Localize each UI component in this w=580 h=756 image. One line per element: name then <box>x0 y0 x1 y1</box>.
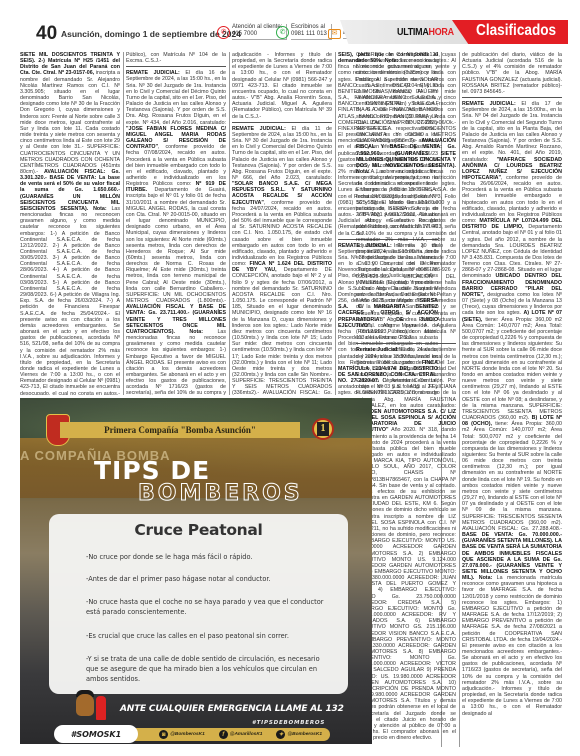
classified-text: Las mencionadas fincas no reconoce gravá… <box>356 169 456 341</box>
company-banner: Primera Compañía "Bomba Asunción" <box>60 422 300 438</box>
classified-heading: AVALUACIÓN FISCAL: Gs. 3.301.320.- BASE … <box>20 169 120 212</box>
contact-label: Atención al cliente: <box>232 24 282 31</box>
classified-text: , conforme proveído de fecha 24/07/2024,… <box>232 200 332 268</box>
classified-heading: REMATE JUDICIAL: <box>232 126 286 132</box>
tips-subtitle: BOMBEROS <box>138 481 303 506</box>
contact-value: 0981 111 013 <box>291 31 327 38</box>
twitter-icon: ✦ <box>276 730 285 739</box>
emergency-message: ANTE CUALQUIER EMERGENCIA LLAME AL 132 <box>120 704 344 714</box>
classified-heading: REMATE JUDICIAL: <box>462 101 516 107</box>
classified-text: Público), con Matrícula Nº 104 de la Exc… <box>126 52 226 64</box>
classified-text: La mencionada matrícula reconoce como gr… <box>462 575 562 716</box>
section-title: Clasificados <box>476 22 556 40</box>
facebook-icon: f <box>219 730 228 739</box>
classified-text: Las mencionadas fincas no reconocen grav… <box>20 206 120 395</box>
whatsapp-icon: ✆ <box>276 26 289 39</box>
bomberos-advertisement: A COMPAÑIA BOMBA Primera Compañía "Bomba… <box>20 398 372 744</box>
page-number: 40 <box>36 23 57 45</box>
classified-text: tiene: Área Propia: 360,00 m2 Área Común… <box>462 317 562 422</box>
hashtag: #TIPSDEBOMBEROS <box>252 720 325 726</box>
column-3: adjudicación - Informes y título de prop… <box>232 52 332 395</box>
contact-label: Escribinos al <box>291 24 327 31</box>
classified-text: , conforme proveído de fecha 26/06/2024,… <box>462 175 562 224</box>
contact-whatsapp: ✆ Escribinos al0981 111 013 <box>276 24 332 40</box>
classified-text: CACERES, con C.I. Nº 2.068.123, cuyas di… <box>356 52 456 144</box>
classified-text: El día 11 de Septiembre de 2024, a las 1… <box>232 126 332 181</box>
dateline: Asunción, domingo 1 de septiembre de 202… <box>61 29 241 39</box>
card-title: Cruce Peatonal <box>49 521 348 539</box>
classified-text: tiene: Área Propia: 360,00 m2 Área Común… <box>462 421 562 532</box>
dog-mascot-icon <box>76 694 94 716</box>
classified-text: Las mencionadas fincas no reconoce gravá… <box>126 329 226 395</box>
classified-text: El día 16 de Septiembre de 2024, a las 1… <box>126 70 226 125</box>
social-instagram: ◙@BomberosK1 <box>159 730 205 739</box>
tip-item: -Es crucial que cruce las calles en el p… <box>86 631 331 641</box>
tip-item: -Antes de dar el primer paso hágase nota… <box>86 574 331 584</box>
fire-hydrant-icon <box>96 696 106 720</box>
classified-text: inscripta a nombre del demandado Sr. Ale… <box>20 70 120 175</box>
classified-text: El día 17 de Septiembre de 2024, a las 1… <box>462 101 562 162</box>
company-number-badge-icon: 1 <box>312 412 334 444</box>
somos-hashtag: #SOMOSK1 <box>54 725 138 743</box>
instagram-icon: ◙ <box>159 730 168 739</box>
classified-text: Departamento de Guairá, inscripta bajo e… <box>126 187 226 304</box>
column-2: Público), con Matrícula Nº 104 de la Exc… <box>126 52 226 395</box>
tip-item: -No cruce hasta que el coche no se haya … <box>86 597 331 617</box>
classified-heading: BASE DE VENTA: Gs. 70.000.000.- (GUARANÍ… <box>462 532 562 581</box>
section-brand-bar: ULTIMAHORA Clasificados <box>340 20 580 44</box>
classified-text: Departamento Central, anotado bajo el Nº… <box>462 224 562 279</box>
column-6: de publicación del diario, viático de la… <box>462 52 562 747</box>
classified-heading: Remate Judicial: <box>356 347 399 353</box>
page-header: 40 Asunción, domingo 1 de septiembre de … <box>0 20 580 50</box>
classified-heading: REMATE JUDICIAL: <box>126 70 180 76</box>
classified-text: adjudicación - Informes y título de prop… <box>232 52 332 120</box>
column-1: SIETE MIL DOSCIENTOS TREINTA Y SEIS). 2-… <box>20 52 120 395</box>
contact-value: 415 7000 <box>232 31 282 38</box>
ultimahora-logo: ULTIMAHORA <box>397 26 454 38</box>
classified-text: Departamento DE CONCEPCIÓN, anotado bajo… <box>232 267 332 395</box>
tips-card: Cruce Peatonal -No cruce por donde se le… <box>49 514 348 694</box>
social-facebook: f@AmarillosK1 <box>219 730 263 739</box>
tip-item: -No cruce por donde se le haga más fácil… <box>86 552 331 562</box>
classified-text: de publicación del diario, viático de la… <box>462 52 562 95</box>
phone-icon: ✆ <box>217 26 230 39</box>
social-twitter: ✦@BomberosK1 <box>276 730 322 739</box>
tip-item: -Y si se trata de una calle de doble sen… <box>86 654 331 684</box>
